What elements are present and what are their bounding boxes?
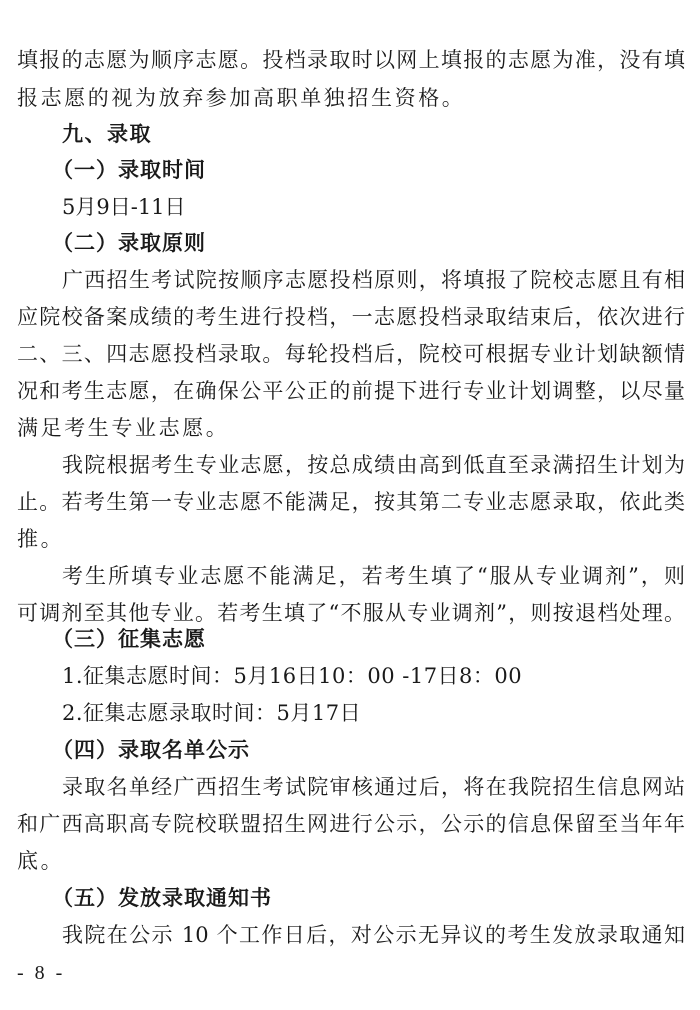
list-item: 1.征集志愿时间：5月16日10：00 -17日8：00: [62, 663, 522, 689]
paragraph-line: 满足考生专业志愿。: [17, 415, 229, 441]
subsection-heading: （五）发放录取通知书: [52, 885, 272, 911]
paragraph-line: 况和考生志愿，在确保公平公正的前提下进行专业计划调整，以尽量: [17, 378, 685, 404]
paragraph-line: 考生所填专业志愿不能满足，若考生填了“服从专业调剂”，则: [62, 563, 685, 589]
paragraph-line: 填报的志愿为顺序志愿。投档录取时以网上填报的志愿为准，没有填: [17, 47, 685, 73]
paragraph-line: 和广西高职高专院校联盟招生网进行公示，公示的信息保留至当年年: [17, 811, 685, 837]
list-item: 2.征集志愿录取时间：5月17日: [62, 700, 361, 726]
paragraph-line: 止。若考生第一专业志愿不能满足，按其第二专业志愿录取，依此类: [17, 489, 685, 515]
subsection-heading: （三）征集志愿: [52, 626, 206, 652]
paragraph-line: 推。: [17, 526, 64, 552]
paragraph-line: 二、三、四志愿投档录取。每轮投档后，院校可根据专业计划缺额情: [17, 341, 685, 367]
paragraph-line: 5月9日-11日: [62, 194, 186, 220]
section-heading: 九、录取: [62, 121, 152, 147]
page-number: - 8 -: [17, 962, 65, 985]
subsection-heading: （二）录取原则: [52, 230, 206, 256]
paragraph-line: 广西招生考试院按顺序志愿投档原则，将填报了院校志愿且有相: [62, 267, 685, 293]
paragraph-line: 可调剂至其他专业。若考生填了“不服从专业调剂”，则按退档处理。: [17, 600, 685, 626]
paragraph-line: 应院校备案成绩的考生进行投档，一志愿投档录取结束后，依次进行: [17, 304, 685, 330]
paragraph-line: 报志愿的视为放弃参加高职单独招生资格。: [17, 85, 465, 111]
subsection-heading: （一）录取时间: [52, 157, 206, 183]
paragraph-line: 我院在公示 10 个工作日后，对公示无异议的考生发放录取通知: [62, 922, 685, 948]
paragraph-line: 我院根据考生专业志愿，按总成绩由高到低直至录满招生计划为: [62, 452, 685, 478]
subsection-heading: （四）录取名单公示: [52, 737, 250, 763]
paragraph-line: 底。: [17, 848, 64, 874]
paragraph-line: 录取名单经广西招生考试院审核通过后，将在我院招生信息网站: [62, 774, 685, 800]
